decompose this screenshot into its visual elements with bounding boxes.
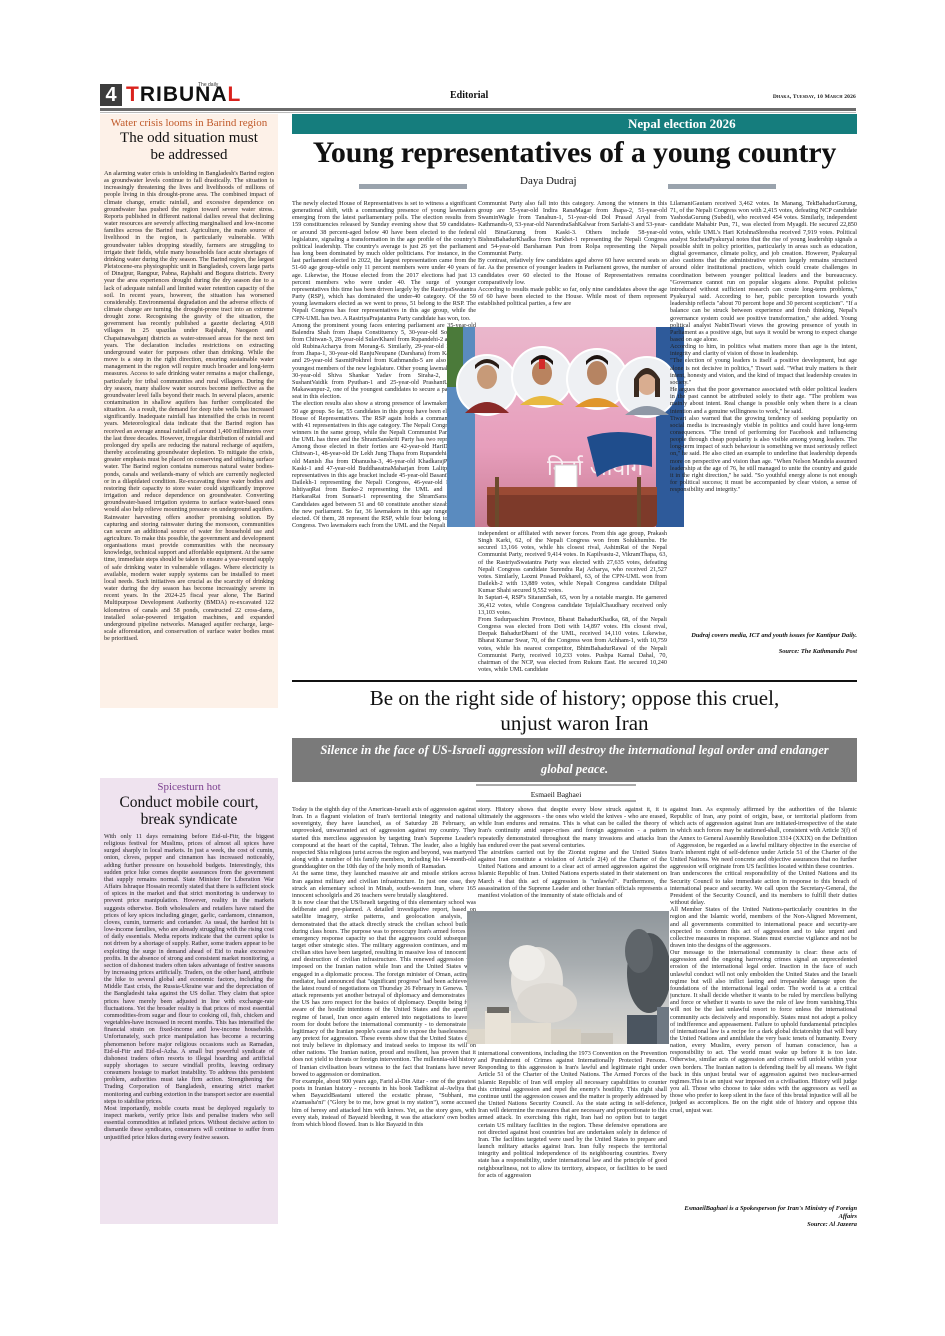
page-number: 4 <box>100 84 122 106</box>
paragraph: For example, about 900 years ago, Farid … <box>292 1078 476 1128</box>
masthead-rule <box>100 108 856 111</box>
section-name: Editorial <box>450 90 488 101</box>
paragraph: international conventions, including the… <box>478 1050 667 1179</box>
paragraph: Communist Party also fall into this cate… <box>478 200 667 257</box>
kicker-nepal-election: Nepal election 2026 <box>292 114 857 134</box>
headline-nepal[interactable]: Young representatives of a young country <box>292 136 857 170</box>
paragraph: Our message to the international communi… <box>670 949 857 1114</box>
lawmakers-illustration-icon: निर्वा आयोग <box>447 327 684 527</box>
headline-iran[interactable]: Be on the right side of history; oppose … <box>292 686 857 736</box>
byline-nepal: Daya Dudraj <box>520 175 577 187</box>
editorial-body-water-crisis: An alarming water crisis is unfolding in… <box>100 166 278 706</box>
logo-letter-l: L <box>228 83 242 106</box>
paragraph: The newly elected House of Representativ… <box>292 200 476 322</box>
paragraph: By contrast, relatively few candidates a… <box>478 257 667 286</box>
byline-decoration-left <box>359 184 467 189</box>
dateline: Dhaka, Tuesday, 10 March 2026 <box>773 94 856 100</box>
paragraph: The airstrikes carried out by the Zionis… <box>478 849 667 899</box>
kicker-spices: Spicesturn hot <box>100 778 278 793</box>
paragraph: story. History shows that despite every … <box>478 806 667 849</box>
illustration-young-lawmakers: निर्वा आयोग <box>447 327 684 527</box>
paragraph: At the same time, they launched massive … <box>292 870 476 899</box>
newspaper-logo[interactable]: TRIBUNAL <box>126 84 241 106</box>
nepal-column-2-top: Communist Party also fall into this cate… <box>478 200 667 325</box>
paragraph: In Saptari-4, RSP's SitaramSah, 65, won … <box>478 594 667 615</box>
paragraph: LilamaniGautam received 3,462 votes. In … <box>670 200 857 343</box>
editorial-spices: Spicesturn hot Conduct mobile court, bre… <box>100 778 278 1224</box>
nepal-column-3: LilamaniGautam received 3,462 votes. In … <box>670 200 857 625</box>
author-note-nepal: Dudraj covers media, ICT and youth issue… <box>690 632 857 640</box>
logo-letter-t: T <box>126 83 140 106</box>
paragraph: From Sudurpaschim Province, Bharat Bahad… <box>478 616 667 673</box>
editorial-water-crisis: Water crisis looms in Barind region The … <box>100 114 278 708</box>
kicker-water-crisis: Water crisis looms in Barind region <box>100 114 278 129</box>
portrait-2 <box>512 347 572 407</box>
iran-column-3: against Iran. As expressly affirmed by t… <box>670 806 857 1202</box>
author-note-iran: EsmaeilBaghaei is a Spokesperson for Ira… <box>676 1205 857 1220</box>
source-nepal: Source: The Kathmandu Post <box>690 648 857 656</box>
photo-smoke-over-city <box>467 911 669 1044</box>
article-divider <box>292 680 857 682</box>
iran-column-2-top: story. History shows that despite every … <box>478 806 667 908</box>
iran-column-2-bottom: international conventions, including the… <box>478 1050 667 1186</box>
smoke-photo-icon <box>467 911 669 1044</box>
portrait-1 <box>457 355 517 415</box>
paragraph: Most importantly, mobile courts must be … <box>104 1105 274 1141</box>
editorial-title-spices: Conduct mobile court, break syndicate <box>100 793 278 830</box>
paragraph: against Iran. As expressly affirmed by t… <box>670 806 857 870</box>
paragraph: According to him, in politics what matte… <box>670 343 857 357</box>
editorial-body-spices: With only 11 days remaining before Eid-u… <box>100 830 278 1222</box>
portrait-4 <box>617 357 677 417</box>
standfirst-iran: Silence in the face of US-Israeli aggres… <box>292 738 857 782</box>
paragraph: "The election of young leaders is itself… <box>670 357 857 386</box>
byline-iran: Esmaeil Baghaei <box>476 784 636 802</box>
masthead: 4 TRIBUNAL The daily Editorial Dhaka, Tu… <box>100 84 856 110</box>
paragraph: All Member States of the United Nations-… <box>670 906 857 949</box>
paragraph: Tiwari also warned that the growing tend… <box>670 415 857 494</box>
paragraph: independent or affiliated with newer for… <box>478 530 667 594</box>
paragraph: Today is the eighth day of the American-… <box>292 806 476 870</box>
iran-column-1: Today is the eighth day of the American-… <box>292 806 476 1220</box>
source-iran: Source: Al Jazeera <box>676 1221 857 1229</box>
paragraph: An alarming water crisis is unfolding in… <box>104 170 274 642</box>
paragraph: With only 11 days remaining before Eid-u… <box>104 833 274 1105</box>
byline-decoration-right <box>668 184 776 189</box>
paragraph: According to results made public so far,… <box>478 286 667 307</box>
editorial-title-water-crisis: The odd situation must be addressed <box>100 129 278 166</box>
paragraph: Iran underscores the critical responsibi… <box>670 870 857 906</box>
paragraph: He argues that the poor governance assoc… <box>670 386 857 415</box>
paragraph: It is now clear that the US/Israeli targ… <box>292 899 476 1078</box>
masthead-rule-thin <box>100 112 856 113</box>
logo-tagline: The daily <box>198 82 218 88</box>
nepal-column-2-bottom: independent or affiliated with newer for… <box>478 530 667 678</box>
